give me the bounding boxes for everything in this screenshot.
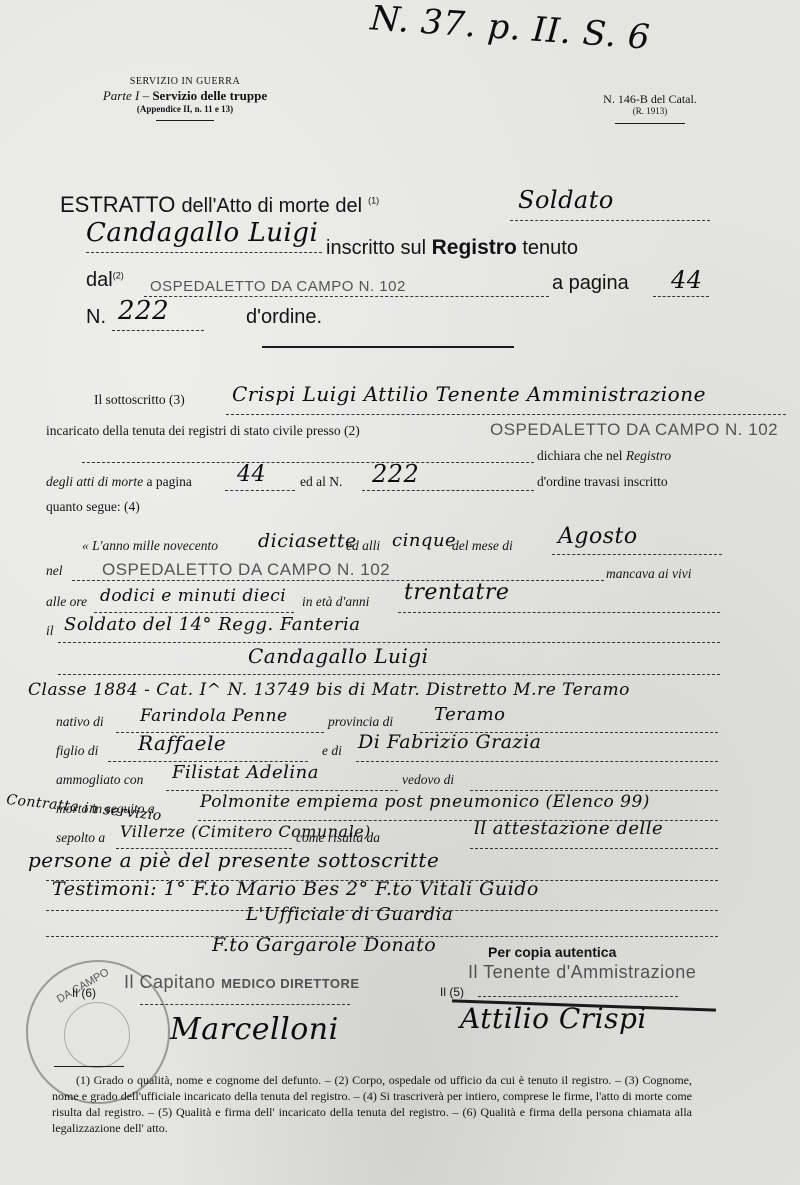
seal-emblem-icon — [64, 1002, 130, 1068]
incaricato-label: incaricato della tenuta dei registri di … — [46, 423, 360, 439]
registry-unit-field: OSPEDALETTO DA CAMPO N. 102 — [144, 276, 549, 297]
nel-label: nel — [46, 563, 63, 579]
title-line-1: ESTRATTO dell'Atto di morte del (1) — [60, 192, 379, 218]
il6-label: Il (6) — [72, 986, 96, 1000]
decl-number-field: 222 — [362, 480, 534, 491]
grade-field: Soldato — [510, 200, 710, 221]
page-value: 44 — [671, 266, 703, 294]
handwritten-reference: N. 37. p. II. S. 6 — [369, 0, 651, 58]
margin-note: Contratta in servizio — [6, 792, 163, 824]
nativo-label: nativo di — [56, 714, 104, 730]
number-value: 222 — [118, 296, 169, 326]
signature-left: Marcelloni — [170, 1012, 339, 1047]
anno-label: « L'anno mille novecento — [82, 538, 218, 554]
pagina-label: a pagina — [552, 272, 629, 295]
ufficiale-signature: F.to Gargarole Donato — [212, 934, 436, 956]
il-label: il — [46, 623, 54, 639]
mancava-label: mancava ai vivi — [606, 566, 691, 582]
provincia-label: provincia di — [328, 714, 393, 730]
eta-label: in età d'anni — [302, 594, 369, 610]
ammogliato-label: ammogliato con — [56, 772, 143, 788]
signer-field: Crispi Luigi Attilio Tenente Amministraz… — [226, 400, 786, 415]
quanto-label: quanto segue: (4) — [46, 499, 140, 515]
vedovo-label: vedovo di — [402, 772, 454, 788]
catalog-year: (R. 1913) — [560, 106, 740, 117]
atti-label: degli atti di morte a pagina — [46, 474, 192, 490]
unit-stamp-2: OSPEDALETTO DA CAMPO N. 102 — [490, 420, 778, 440]
ed-al-label: ed al N. — [300, 474, 342, 490]
madre-field: Di Fabrizio Grazia — [356, 751, 718, 762]
sepolto-label: sepolto a — [56, 830, 105, 846]
grade-value: Soldato — [518, 186, 614, 214]
ore-label: alle ore — [46, 594, 87, 610]
atto-label: dell'Atto di morte del — [181, 195, 362, 217]
ordine-label: d'ordine. — [246, 306, 322, 329]
estratto-label: ESTRATTO — [60, 192, 175, 217]
divider — [156, 120, 214, 121]
deceased-name: Candagallo Luigi — [86, 218, 318, 248]
padre-field: Raffaele — [108, 751, 308, 762]
decl-page-field: 44 — [225, 480, 295, 491]
capitano-stamp: Il Capitano MEDICO DIRETTORE — [124, 972, 360, 993]
signer-value: Crispi Luigi Attilio Tenente Amministraz… — [232, 382, 706, 406]
title-line-3: dal(2) — [86, 269, 124, 292]
mese-label: del mese di — [452, 538, 513, 554]
page-field: 44 — [653, 276, 709, 297]
signature-line-right — [478, 992, 678, 997]
number-field: 222 — [112, 310, 204, 331]
moglie-field: Filistat Adelina — [166, 780, 398, 791]
footnote-divider — [54, 1066, 124, 1067]
form-header-right: N. 146-B del Catal. (R. 1913) — [560, 92, 740, 124]
divider — [615, 123, 685, 124]
mese-field: Agosto — [552, 544, 722, 555]
part-label: Parte I – Servizio delle truppe — [60, 88, 310, 104]
ore-field: dodici e minuti dieci — [94, 602, 294, 613]
section-divider — [262, 346, 514, 348]
deceased-name-field: Candagallo Luigi — [86, 232, 322, 253]
tenente-stamp: Il Tenente d'Ammistrazione — [468, 962, 696, 983]
form-header-left: SERVIZIO IN GUERRA Parte I – Servizio de… — [60, 76, 310, 121]
figlio-label: figlio di — [56, 743, 98, 759]
copia-autentica-label: Per copia autentica — [488, 944, 616, 960]
number-label: N. — [86, 306, 106, 329]
eta-field: trentatre — [398, 602, 720, 613]
vedovo-field — [470, 780, 718, 791]
nome-field: Candagallo Luigi — [58, 664, 720, 675]
sottoscritto-label: Il sottoscritto (3) — [94, 392, 185, 408]
dichiara-label: dichiara che nel Registro — [537, 448, 671, 464]
grado-field: Soldato del 14° Regg. Fanteria — [58, 632, 720, 643]
title-line-2: inscritto sul Registro tenuto — [326, 236, 578, 260]
footnotes: (1) Grado o qualità, nome e cognome del … — [52, 1072, 692, 1136]
service-label: SERVIZIO IN GUERRA — [60, 76, 310, 88]
travasi-label: d'ordine travasi inscritto — [537, 474, 668, 490]
luogo-field: OSPEDALETTO DA CAMPO N. 102 — [72, 570, 604, 581]
risulta-label: come risulta da — [296, 830, 380, 846]
il5-label: Il (5) — [440, 985, 464, 999]
risulta-field: ll attestazione delle — [470, 838, 718, 849]
classe-line: Classe 1884 - Cat. I^ N. 13749 bis di Ma… — [28, 680, 630, 700]
unit-stamp: OSPEDALETTO DA CAMPO N. 102 — [150, 278, 406, 295]
ed-alli-label: ed alli — [346, 538, 380, 554]
anno-value: diciasette — [258, 530, 357, 552]
appendix-label: (Appendice II, n. 11 e 13) — [60, 104, 310, 115]
signature-line-left — [140, 1000, 350, 1005]
e-di-label: e di — [322, 743, 342, 759]
giorno-value: cinque — [392, 530, 456, 551]
catalog-number: N. 146-B del Catal. — [560, 92, 740, 106]
blank-field — [82, 452, 534, 463]
